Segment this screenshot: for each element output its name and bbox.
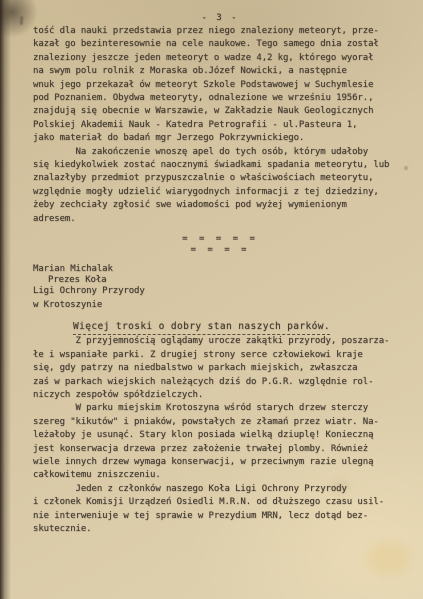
scanned-document-page: - 3 - tość dla nauki przedstawia przez n… [0,0,423,599]
scan-edge-shadow [0,0,11,599]
paragraph-parks-condition: W parku miejskim Krotoszyna wśród staryc… [33,402,407,482]
page-number: - 3 - [33,12,407,25]
paper-stain [366,542,410,574]
signature-block: Marian Michalak Prezes Koła Ligi Ochrony… [33,264,407,311]
article-title: Więcej troski o dobry stan naszych parkó… [73,321,330,335]
section-divider: = = = = = = = = = [33,235,407,255]
divider-row: = = = = = [33,235,407,244]
paragraph-parks-intervention: Jeden z członków naszego Koła Ligi Ochro… [33,483,407,537]
signature-name: Marian Michalak [33,264,407,275]
signature-organization: Ligi Ochrony Przyrody [33,286,407,297]
document-content: - 3 - tość dla nauki przedstawia przez n… [33,12,407,536]
paragraph-parks-intro: Z przyjemnością oglądamy urocze zakątki … [33,335,407,402]
signature-place: w Krotoszynie [33,300,407,311]
signature-role: Prezes Koła [33,275,407,286]
paper-speck [20,16,24,25]
article-title-row: Więcej troski o dobry stan naszych parkó… [33,320,407,335]
paragraph-meteorite-appeal: Na zakończenie wnoszę apel do tych osób,… [33,146,407,226]
divider-row: = = = = [33,246,407,255]
paragraph-meteorite-find: tość dla nauki przedstawia przez niego z… [33,25,407,146]
